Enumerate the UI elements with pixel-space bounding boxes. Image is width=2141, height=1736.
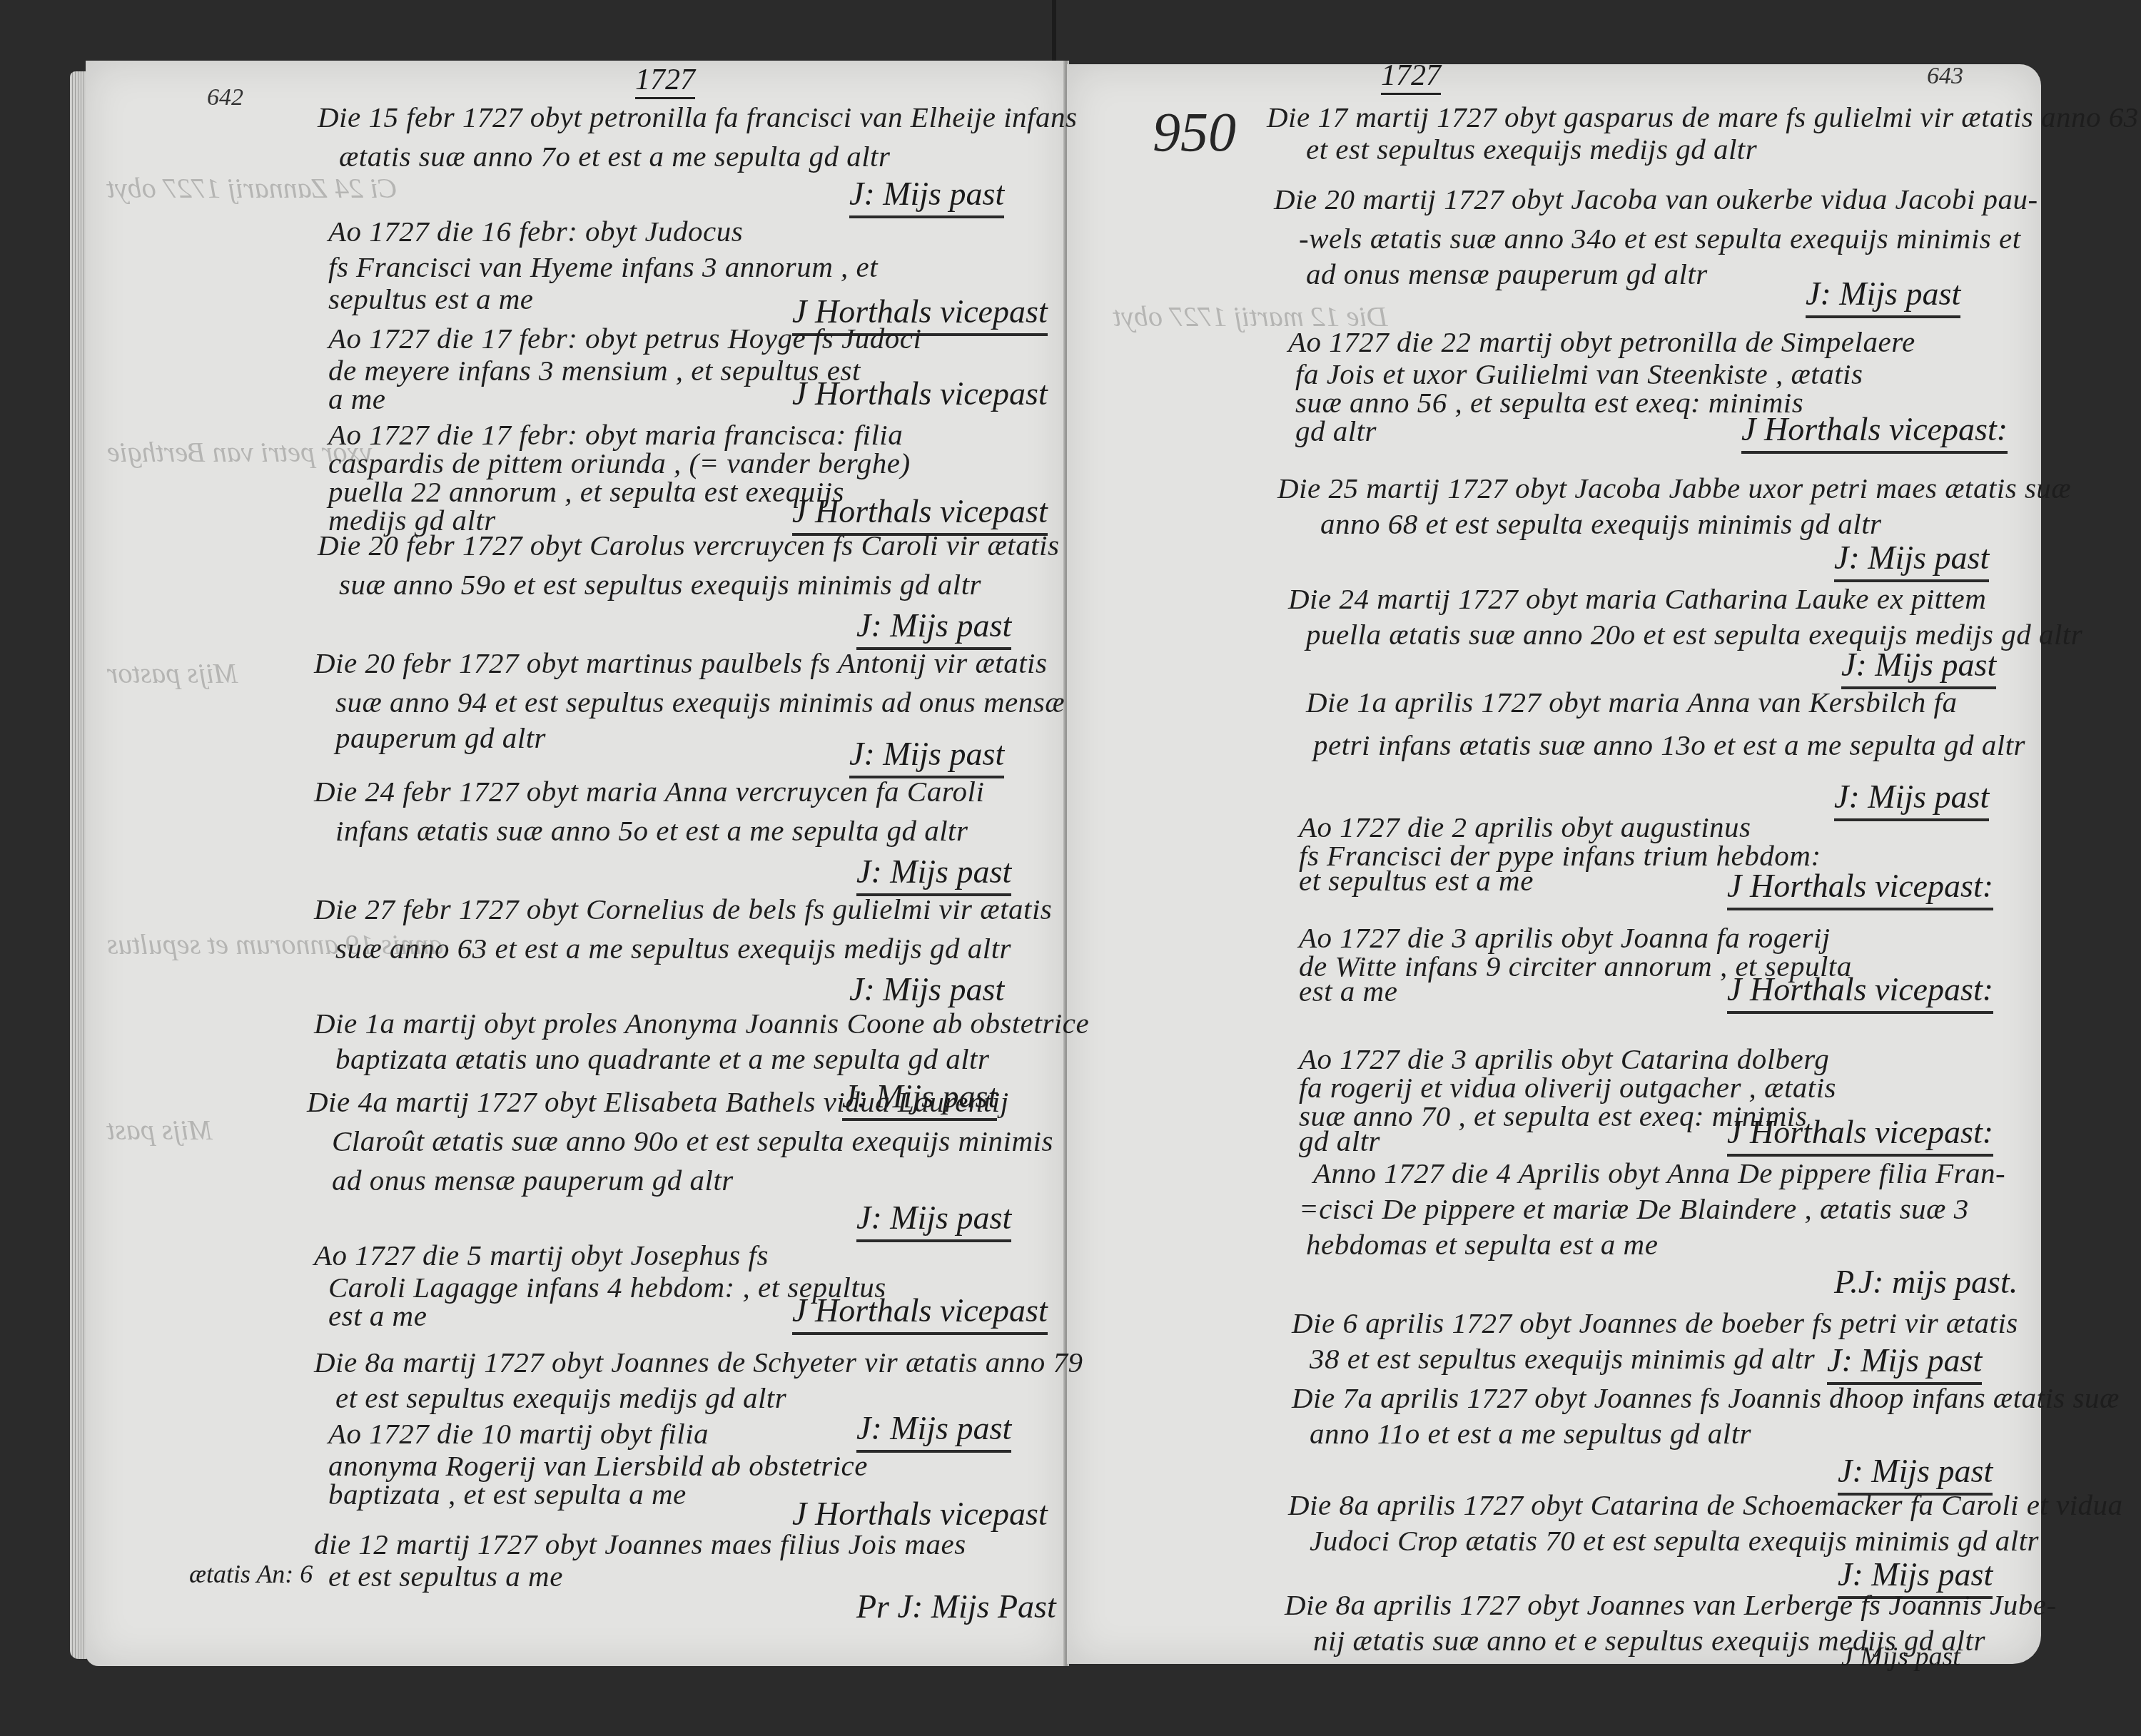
entry-line: Die 20 martij 1727 obyt Jacoba van ouker…	[1274, 182, 2038, 216]
entry-line: Die 17 martij 1727 obyt gasparus de mare…	[1267, 100, 2139, 134]
entry-line: et est sepultus a me	[328, 1559, 563, 1593]
entry-line: die 12 martij 1727 obyt Joannes maes fil…	[314, 1527, 966, 1561]
entry-line: Judoci Crop ætatis 70 et est sepulta exe…	[1310, 1523, 2039, 1558]
signature: J: Mijs past	[849, 970, 1004, 1008]
entry-line: Die 7a aprilis 1727 obyt Joannes fs Joan…	[1292, 1381, 2120, 1415]
entry-line: Die 4a martij 1727 obyt Elisabeta Bathel…	[307, 1085, 1009, 1119]
entry-line: est a me	[1299, 974, 1397, 1008]
entry-line: 38 et est sepultus exequijs minimis gd a…	[1310, 1341, 1815, 1376]
entry-line: gd altr	[1295, 414, 1377, 448]
entry-line: est a me	[328, 1299, 427, 1333]
entry-line: =cisci De pippere et mariæ De Blaindere …	[1299, 1192, 1969, 1226]
entry-line: baptizata , et est sepulta a me	[328, 1477, 687, 1511]
entry-line: Die 8a aprilis 1727 obyt Joannes van Ler…	[1285, 1588, 2057, 1622]
entry-line: Die 15 febr 1727 obyt petronilla fa fran…	[318, 100, 1077, 134]
entry-line: Die 24 martij 1727 obyt maria Catharina …	[1288, 582, 1986, 616]
entry-line: et est sepultus exequijs medijs gd altr	[1306, 132, 1757, 166]
signature: J: Mijs past	[856, 606, 1011, 650]
signature: J: Mijs past	[1834, 539, 1989, 582]
entry-line: petri infans ætatis suæ anno 13o et est …	[1313, 728, 2025, 762]
entry-line: Die 25 martij 1727 obyt Jacoba Jabbe uxo…	[1277, 471, 2071, 505]
entry-line: Ao 1727 die 10 martij obyt filia	[328, 1416, 709, 1451]
signature: J: Mijs past	[1806, 275, 1960, 318]
entry-line: Ao 1727 die 22 martij obyt petronilla de…	[1288, 325, 1915, 359]
year-header-left: 1727	[635, 63, 695, 99]
entry-line: suæ anno 59o et est sepultus exequijs mi…	[339, 567, 981, 601]
entry-line: ad onus mensæ pauperum gd altr	[1306, 257, 1708, 291]
entry-line: suæ anno 63 et est a me sepultus exequij…	[335, 931, 1011, 965]
entry-line: gd altr	[1299, 1124, 1380, 1158]
entry-line: Die 1a aprilis 1727 obyt maria Anna van …	[1306, 685, 1957, 719]
entry-line: hebdomas et sepulta est a me	[1306, 1227, 1658, 1262]
signature: J: Mijs past	[856, 853, 1011, 896]
entry-line: et est sepultus exequijs medijs gd altr	[335, 1381, 786, 1415]
entry-line: sepultus est a me	[328, 282, 534, 316]
entry-line: Ao 1727 die 17 febr: obyt petrus Hoyge f…	[328, 321, 921, 355]
signature: J: Mijs past	[1827, 1341, 1982, 1385]
entry-line: Claroût ætatis suæ anno 90o et est sepul…	[332, 1124, 1053, 1158]
entry-line: fs Francisci van Hyeme infans 3 annorum …	[328, 250, 878, 284]
entry-line: Die 20 febr 1727 obyt martinus paulbels …	[314, 646, 1047, 680]
entry-line: suæ anno 94 et est sepultus exequijs min…	[335, 685, 1065, 719]
entry-line: et sepultus est a me	[1299, 863, 1534, 898]
folio-number: 950	[1153, 100, 1236, 164]
margin-note: ætatis An: 6	[189, 1559, 313, 1589]
entry-line: baptizata ætatis uno quadrante et a me s…	[335, 1042, 989, 1076]
entry-line: a me	[328, 382, 386, 416]
signature: J: Mijs past	[856, 1199, 1011, 1242]
signature: J: Mijs past	[1841, 646, 1996, 689]
entry-line: infans ætatis suæ anno 5o et est a me se…	[335, 813, 968, 848]
page-number-left: 642	[207, 84, 243, 111]
entry-line: anno 11o et est a me sepultus gd altr	[1310, 1416, 1751, 1451]
entry-line: Ao 1727 die 16 febr: obyt Judocus	[328, 214, 743, 248]
signature: J: Mijs past	[856, 1409, 1011, 1453]
bleed-through-text: Mijs pastor	[107, 656, 238, 690]
page-number-right: 643	[1927, 63, 1963, 90]
entry-line: Anno 1727 die 4 Aprilis obyt Anna De pip…	[1313, 1156, 2005, 1190]
signature: J Horthals vicepast:	[1727, 867, 1993, 910]
signature: J Mijs past	[1841, 1641, 1960, 1672]
signature: J Horthals vicepast:	[1727, 970, 1993, 1014]
entry-line: -wels ætatis suæ anno 34o et est sepulta…	[1299, 221, 2021, 255]
signature: P.J: mijs past.	[1834, 1263, 2018, 1301]
entry-line: de meyere infans 3 mensium , et sepultus…	[328, 353, 861, 387]
entry-line: anno 68 et est sepulta exequijs minimis …	[1320, 507, 1881, 541]
year-header-right: 1727	[1381, 59, 1441, 95]
entry-line: Die 1a martij obyt proles Anonyma Joanni…	[314, 1006, 1089, 1040]
entry-line: pauperum gd altr	[335, 721, 546, 755]
signature: J: Mijs past	[849, 175, 1004, 218]
signature: J Horthals vicepast:	[1741, 410, 2008, 454]
entry-line: Ao 1727 die 5 martij obyt Josephus fs	[314, 1238, 769, 1272]
signature: J: Mijs past	[1834, 778, 1989, 821]
entry-line: ad onus mensæ pauperum gd altr	[332, 1163, 734, 1197]
entry-line: Die 27 febr 1727 obyt Cornelius de bels …	[314, 892, 1052, 926]
signature: J Horthals vicepast	[792, 1291, 1048, 1335]
entry-line: Die 6 aprilis 1727 obyt Joannes de boebe…	[1292, 1306, 2018, 1340]
entry-line: Die 20 febr 1727 obyt Carolus vercruycen…	[318, 528, 1059, 562]
signature: J Horthals vicepast:	[1727, 1113, 1993, 1157]
bleed-through-text: Mijs past	[107, 1113, 213, 1147]
entry-line: Die 8a aprilis 1727 obyt Catarina de Sch…	[1288, 1488, 2123, 1522]
spine-line	[1052, 0, 1056, 64]
entry-line: ætatis suæ anno 7o et est a me sepulta g…	[339, 139, 890, 173]
signature: J: Mijs past	[849, 735, 1004, 778]
entry-line: Die 24 febr 1727 obyt maria Anna vercruy…	[314, 774, 984, 808]
entry-line: Die 8a martij 1727 obyt Joannes de Schye…	[314, 1345, 1083, 1379]
signature: J Horthals vicepast	[792, 375, 1048, 412]
signature: Pr J: Mijs Past	[856, 1588, 1056, 1625]
bleed-through-text: Ci 24 Zannarij 1727 obyt	[107, 171, 398, 205]
